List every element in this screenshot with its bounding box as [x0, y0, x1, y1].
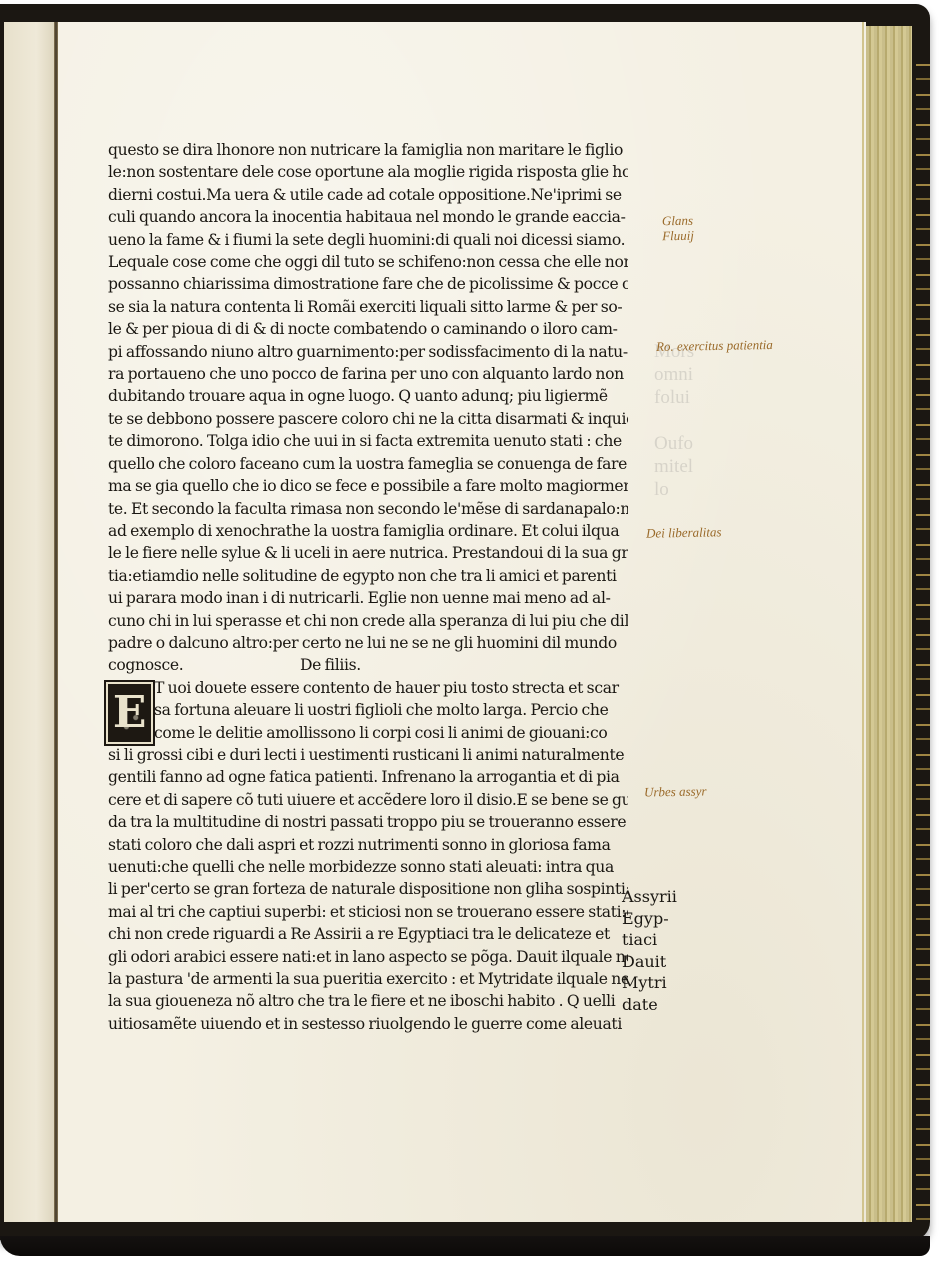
- text-line: dierni costui.Ma uera & utile cade ad co…: [108, 184, 628, 206]
- handwritten-note-ro-exercitus: Ro. exercitus patientia: [656, 337, 773, 354]
- text-line: le le fiere nelle sylue & li uceli in ae…: [108, 542, 628, 564]
- text-line: mai al tri che captiui superbi: et stici…: [108, 901, 628, 923]
- text-line: culi quando ancora la inocentia habitaua…: [108, 206, 628, 228]
- text-line: le:non sostentare dele cose oportune ala…: [108, 161, 628, 183]
- text-line: la sua gioueneza nõ altro che tra le fie…: [108, 990, 628, 1012]
- text-line: chi non crede riguardi a Re Assirii a re…: [108, 923, 628, 945]
- text-line: pi affossando niuno altro guarnimento:pe…: [108, 341, 628, 363]
- text-line: T uoi douete essere contento de hauer pi…: [108, 677, 628, 699]
- text-line: padre o dalcuno altro:per certo ne lui n…: [108, 632, 628, 654]
- text-line: li per'certo se gran forteza de naturale…: [108, 878, 628, 900]
- text-line: tia:etiamdio nelle solitudine de egypto …: [108, 565, 628, 587]
- text-line: ueno la fame & i fiumi la sete degli huo…: [108, 229, 628, 251]
- text-line: te. Et secondo la faculta rimasa non sec…: [108, 498, 628, 520]
- show-through-text: Mors omni folui Oufo mitel lo: [654, 340, 714, 501]
- text-line: la pastura 'de armenti la sua pueritia e…: [108, 968, 628, 990]
- text-line: questo se dira lhonore non nutricare la …: [108, 139, 628, 161]
- book-cover-bottom-edge: [0, 1236, 930, 1256]
- text-line: uitiosamẽte uiuendo et in sestesso riuol…: [108, 1013, 628, 1035]
- gilt-fore-edge: [866, 26, 912, 1222]
- margin-note: date: [622, 994, 677, 1016]
- text-line: gli odori arabici essere nati:et in lano…: [108, 946, 628, 968]
- main-text-block: questo se dira lhonore non nutricare la …: [108, 139, 628, 1035]
- text-line: possanno chiarissima dimostratione fare …: [108, 273, 628, 295]
- heading-line: cognosce. De filiis.: [108, 654, 628, 676]
- text-line-end: cognosce.: [108, 656, 183, 674]
- text-line: uenuti:che quelli che nelle morbidezze s…: [108, 856, 628, 878]
- text-line: ma se gia quello che io dico se fece e p…: [108, 475, 628, 497]
- margin-note: tiaci: [622, 929, 677, 951]
- text-line: ra portaueno che uno pocco de farina per…: [108, 363, 628, 385]
- text-line: te se debbono possere pascere coloro chi…: [108, 408, 628, 430]
- margin-note: Mytri: [622, 972, 677, 994]
- text-line: gentili fanno ad ogne fatica patienti. I…: [108, 766, 628, 788]
- handwritten-note-urbes-assyr: Urbes assyr: [644, 783, 707, 799]
- text-line: si li grossi cibi e duri lecti i uestime…: [108, 744, 628, 766]
- text-line: da tra la multitudine di nostri passati …: [108, 811, 628, 833]
- text-line: se sia la natura contenta li Romãi exerc…: [108, 296, 628, 318]
- verso-page-edge: [4, 22, 58, 1222]
- margin-note: Assyrii: [622, 886, 677, 908]
- page-edge-line: [862, 22, 864, 1222]
- handwritten-note-glans-fluuij: Glans Fluuij: [662, 213, 694, 244]
- margin-note: Egyp-: [622, 908, 677, 930]
- text-line: ad exemplo di xenochrathe la uostra fami…: [108, 520, 628, 542]
- text-line: ui parara modo inan i di nutricarli. Egl…: [108, 587, 628, 609]
- text-line: cuno chi in lui sperasse et chi non cred…: [108, 610, 628, 632]
- section-heading: De filiis.: [300, 654, 361, 676]
- text-line: dubitando trouare aqua in ogne luogo. Q …: [108, 385, 628, 407]
- gilt-tooling-border: [916, 50, 930, 1220]
- text-line: come le delitie amollissono li corpi cos…: [108, 722, 628, 744]
- text-line: sa fortuna aleuare li uostri figlioli ch…: [108, 699, 628, 721]
- handwritten-note-dei-liberalitas: Dei liberalitas: [646, 524, 722, 540]
- text-line: te dimorono. Tolga idio che uui in si fa…: [108, 430, 628, 452]
- text-line: stati coloro che dali aspri et rozzi nut…: [108, 834, 628, 856]
- printed-marginal-notes: Assyrii Egyp- tiaci Dauit Mytri date: [622, 886, 677, 1015]
- text-line: cere et di sapere cõ tuti uiuere et accẽ…: [108, 789, 628, 811]
- text-line: Lequale cose come che oggi dil tuto se s…: [108, 251, 628, 273]
- woodcut-initial-letter: E: [104, 680, 155, 746]
- text-line: le & per pioua di di & di nocte combaten…: [108, 318, 628, 340]
- initial-paragraph: E T uoi douete essere contento de hauer …: [108, 677, 628, 744]
- text-line: quello che coloro faceano cum la uostra …: [108, 453, 628, 475]
- margin-note: Dauit: [622, 951, 677, 973]
